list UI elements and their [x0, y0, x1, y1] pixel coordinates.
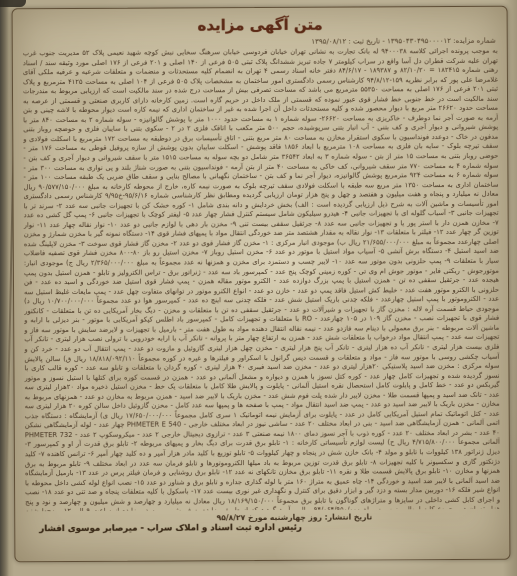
auction-number-and-date: شماره مزایده: ۱۳۹۵۰۴۳۰۴۹۵۰۰۰۰۱۲ - تاریخ …: [23, 37, 496, 47]
adjacent-page-edge: [0, 0, 9, 576]
page-title: متن آگهی مزایده: [23, 15, 498, 35]
auction-body-text: به موجب پرونده اجرائی کلاسه ۹۴۰۰۰۳۸ له ب…: [23, 47, 500, 511]
body-paragraph: د) موجودی حیاط قسمت آره لاله : مخزن گاز …: [24, 297, 499, 362]
signature-line: رئیس اداره ثبت اسناد و املاک سراب - میرص…: [39, 522, 500, 534]
document-sheet: متن آگهی مزایده شماره مزایده: ۱۳۹۵۰۴۳۰۴۹…: [12, 6, 511, 563]
body-paragraph: در مجموع کلیه اموال مزبور به مبلغ ۹۴/۰۶۴…: [25, 505, 500, 511]
scan-corner-artifact: [0, 0, 26, 7]
document-content: متن آگهی مزایده شماره مزایده: ۱۳۹۵۰۴۳۰۴۹…: [13, 7, 510, 562]
body-paragraph: به موجب پرونده اجرائی کلاسه ۹۴۰۰۰۳۸ له ب…: [23, 47, 498, 104]
body-paragraph: ق) سالن پالایش سوله مرکزی : مخزن ضد اسید…: [24, 354, 499, 419]
body-paragraph: زمین کارخانه دارای کاربری صنعتی و قسمتی …: [23, 96, 499, 208]
body-paragraph: ح) لیست لوازم تأسیساتی کارخانه : ۱- تابل…: [25, 439, 500, 512]
publication-date-line: تاریخ انتشار: روز چهارشنبه مورخ ۹۵/۸/۲۷: [25, 512, 372, 523]
